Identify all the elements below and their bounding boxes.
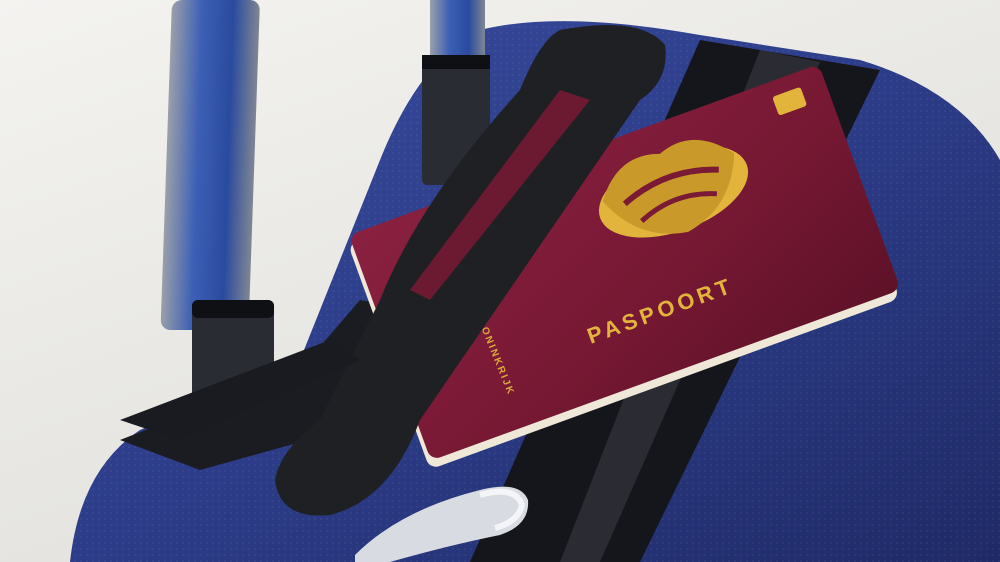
photo-illustration: PASPOORT KONINKRIJK (0, 0, 1000, 562)
photo-scene: PASPOORT KONINKRIJK (0, 0, 1000, 562)
